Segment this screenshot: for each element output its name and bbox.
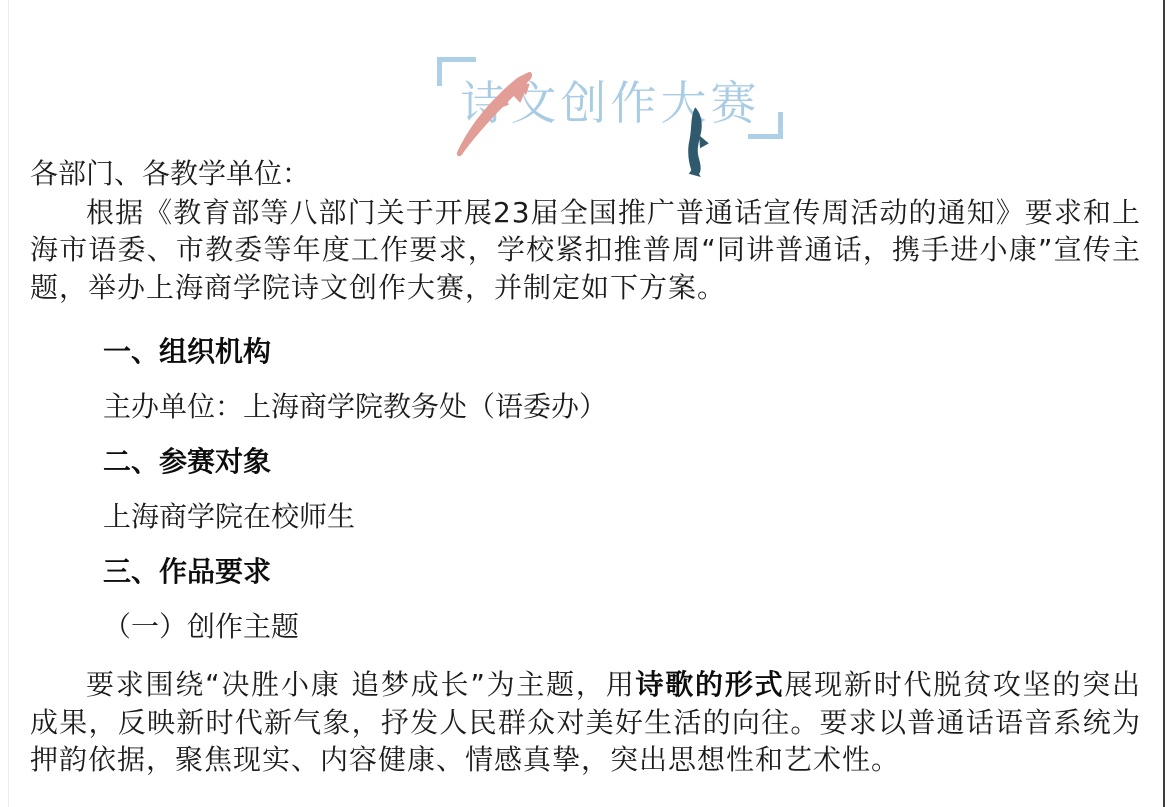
document-page: 诗文创作大赛 各部门、各教学单位： 根据《教育部等八部门关于开展23届全国推广普… bbox=[0, 0, 1171, 807]
theme-requirements-paragraph: 要求围绕“决胜小康 追梦成长”为主题，用诗歌的形式展现新时代脱贫攻坚的突出成果，… bbox=[30, 666, 1141, 779]
section-body-participants: 上海商学院在校师生 bbox=[103, 501, 1141, 533]
section-heading-participants: 二、参赛对象 bbox=[103, 446, 1141, 478]
koi-fish-pink-icon bbox=[448, 63, 543, 158]
theme-bold-phrase: 诗歌的形式 bbox=[636, 668, 785, 701]
document-body: 各部门、各教学单位： 根据《教育部等八部门关于开展23届全国推广普通话宣传周活动… bbox=[0, 155, 1171, 779]
intro-paragraph: 根据《教育部等八部门关于开展23届全国推广普通话宣传周活动的通知》要求和上海市语… bbox=[30, 194, 1141, 307]
subsection-heading-creation-theme: （一）创作主题 bbox=[103, 611, 1141, 643]
theme-text-before-bold: 要求围绕“决胜小康 追梦成长”为主题，用 bbox=[86, 668, 636, 701]
sections: 一、组织机构 主办单位：上海商学院教务处（语委办） 二、参赛对象 上海商学院在校… bbox=[30, 336, 1141, 643]
title-banner: 诗文创作大赛 bbox=[0, 55, 1171, 155]
section-body-organizer: 主办单位：上海商学院教务处（语委办） bbox=[103, 391, 1141, 423]
salutation: 各部门、各教学单位： bbox=[30, 155, 1141, 193]
section-heading-work-requirements: 三、作品要求 bbox=[103, 556, 1141, 588]
section-heading-organization: 一、组织机构 bbox=[103, 336, 1141, 368]
